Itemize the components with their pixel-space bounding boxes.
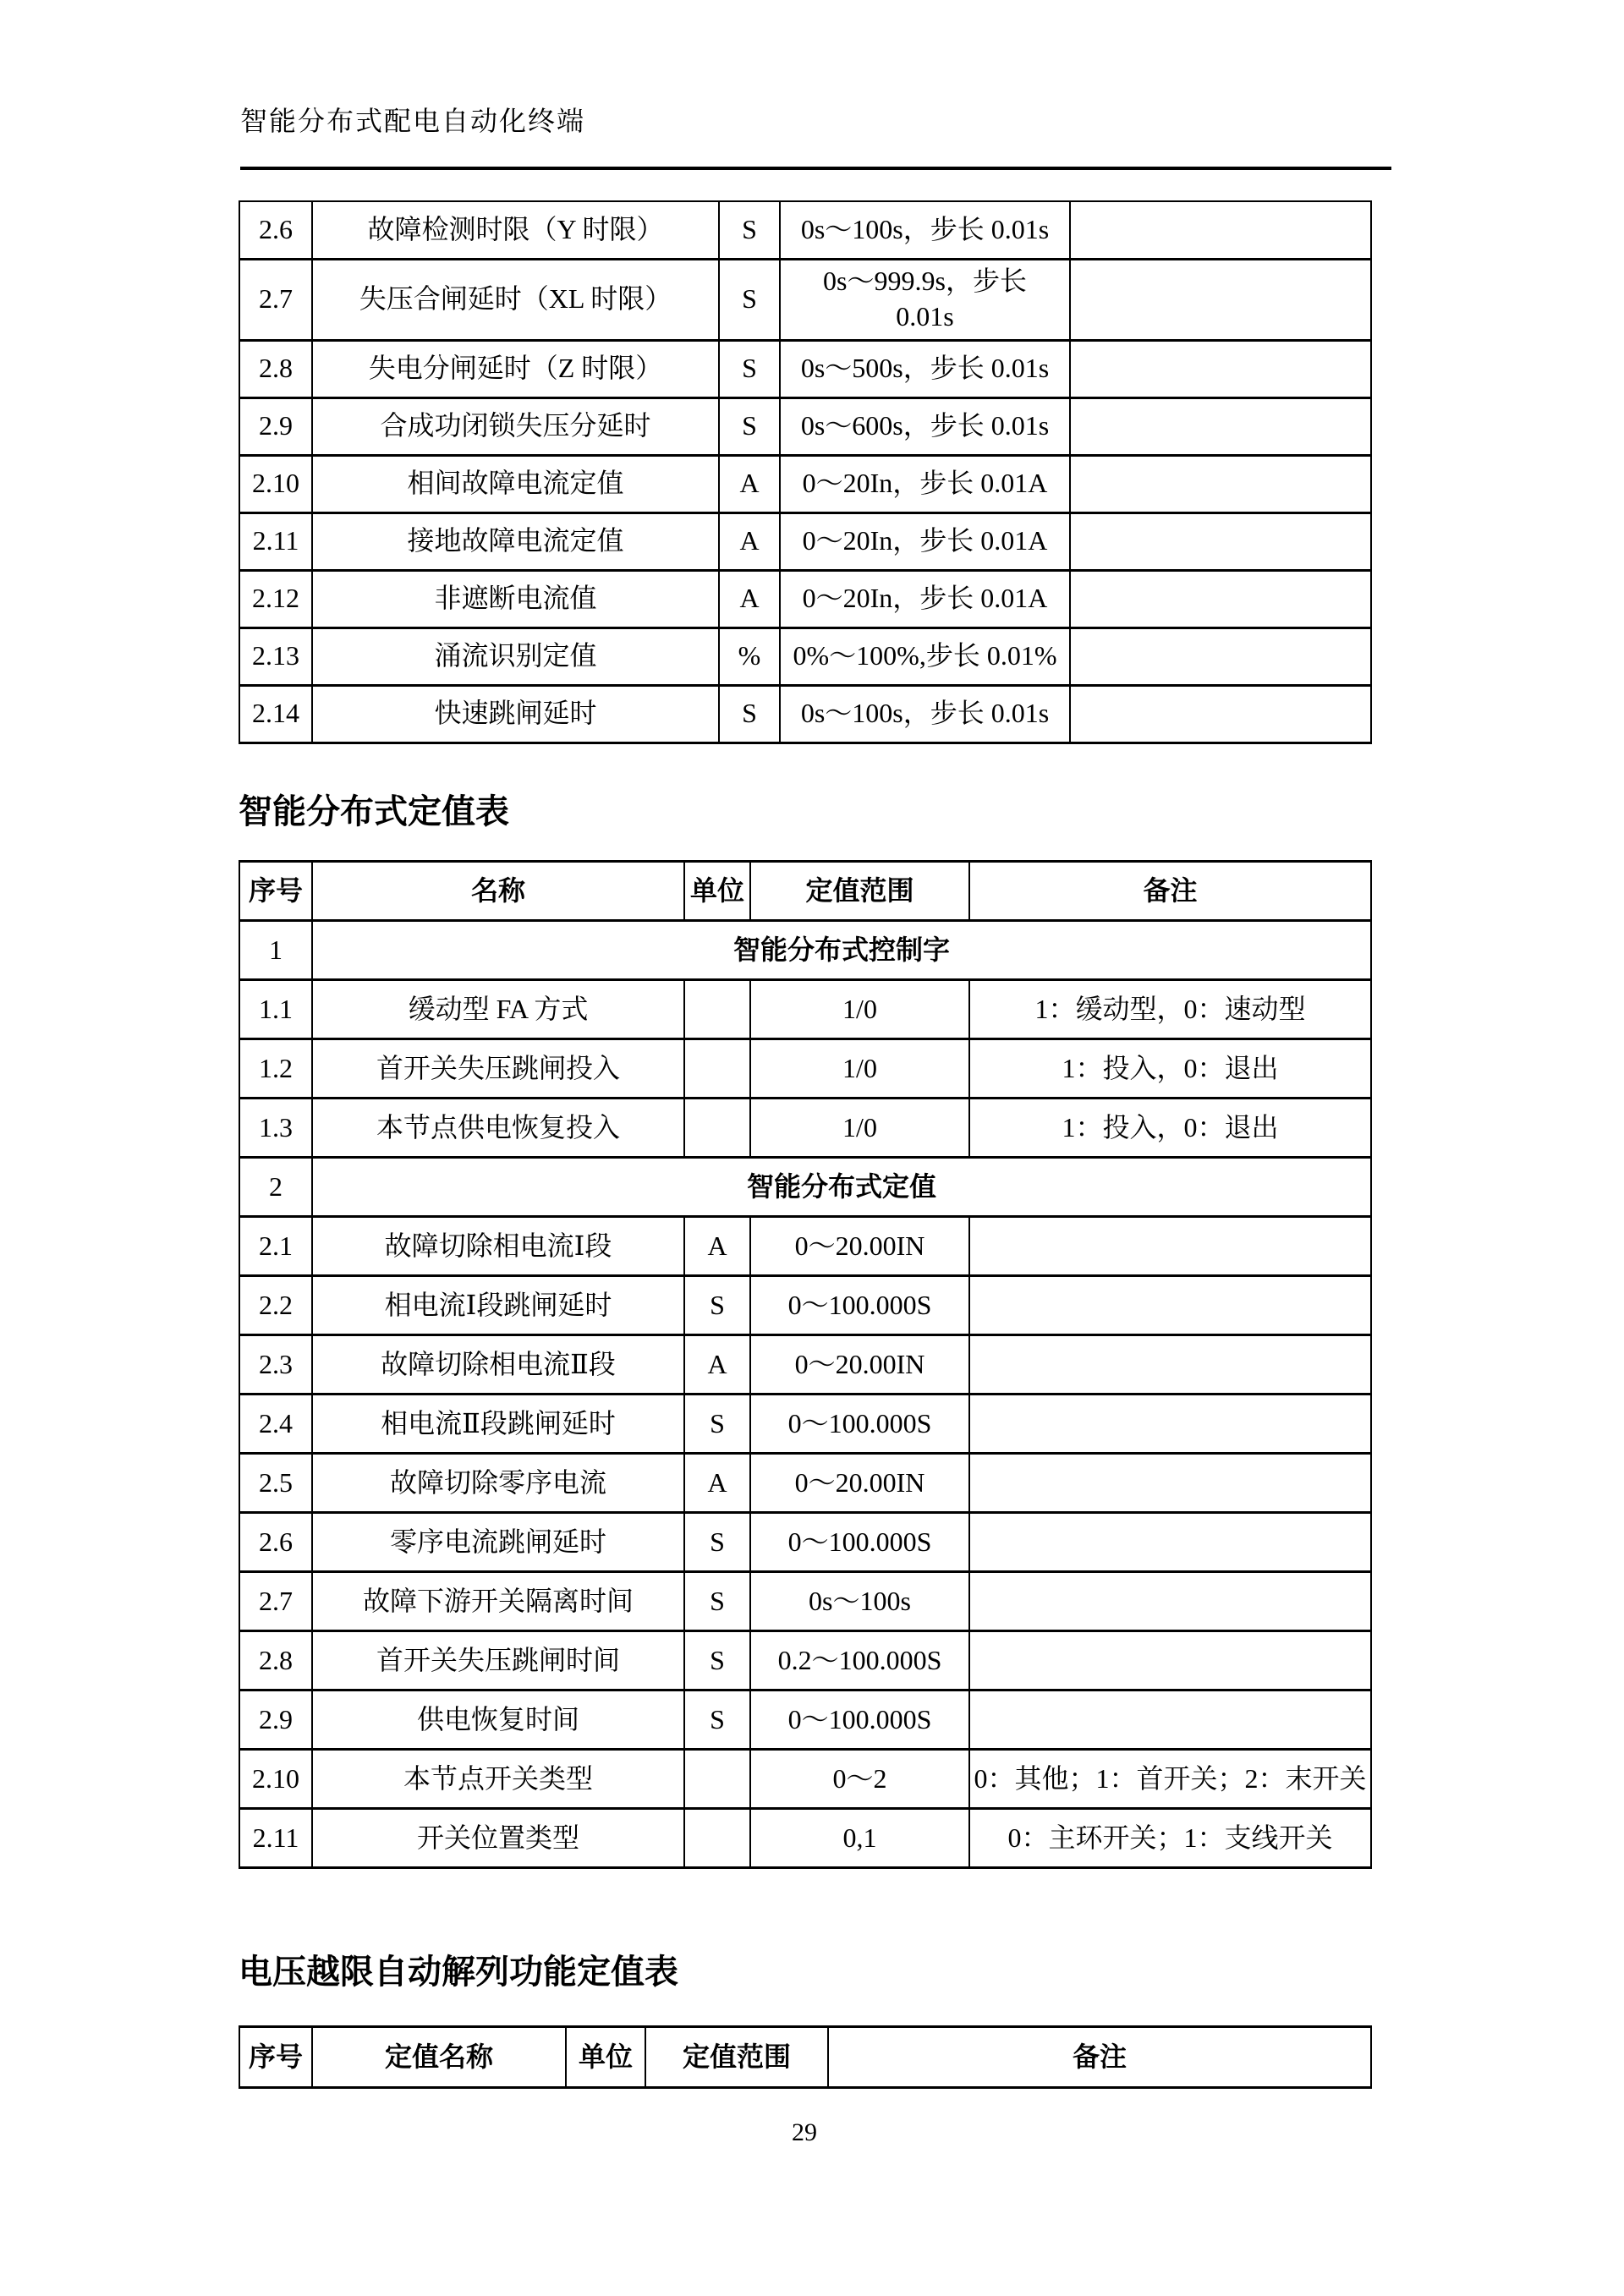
range-cell: 0～20.00IN [750,1217,969,1276]
unit-cell: A [719,455,780,512]
range-cell: 1/0 [750,980,969,1039]
name-cell: 相电流Ⅰ段跳闸延时 [312,1276,684,1335]
name-cell: 相间故障电流定值 [312,455,719,512]
row-number-cell: 2.2 [239,1276,312,1335]
name-cell: 故障切除相电流Ⅰ段 [312,1217,684,1276]
section-label-cell: 智能分布式定值 [312,1158,1371,1217]
note-cell [1070,512,1371,570]
name-cell: 故障下游开关隔离时间 [312,1572,684,1631]
column-header: 定值范围 [645,2027,828,2088]
name-cell: 失压合闸延时（XL 时限） [312,259,719,340]
note-cell [969,1572,1371,1631]
table-row: 2.11开关位置类型0,10：主环开关；1：支线开关 [239,1809,1371,1868]
note-cell [969,1217,1371,1276]
row-number-cell: 2.13 [239,627,312,685]
table-row: 1.2首开关失压跳闸投入1/01：投入，0：退出 [239,1039,1371,1099]
range-cell: 0～2 [750,1750,969,1809]
column-header: 备注 [969,862,1371,921]
table-row: 2智能分布式定值 [239,1158,1371,1217]
range-cell: 0s～100s，步长 0.01s [780,201,1070,259]
table-row: 2.6零序电流跳闸延时S0～100.000S [239,1513,1371,1572]
unit-cell: S [719,259,780,340]
note-cell [969,1395,1371,1454]
name-cell: 非遮断电流值 [312,570,719,627]
page-number: 29 [239,2118,1370,2147]
column-header: 定值名称 [312,2027,566,2088]
unit-cell [684,1809,750,1868]
name-cell: 缓动型 FA 方式 [312,980,684,1039]
table-row: 2.10本节点开关类型0～20：其他；1：首开关；2：末开关 [239,1750,1371,1809]
unit-cell: S [719,685,780,743]
note-cell [969,1690,1371,1750]
note-cell [1070,397,1371,455]
column-header: 单位 [684,862,750,921]
range-cell: 0～100.000S [750,1395,969,1454]
range-cell: 0.2～100.000S [750,1631,969,1690]
range-cell: 0～20.00IN [750,1454,969,1513]
unit-cell [684,980,750,1039]
unit-cell: S [719,201,780,259]
table-row: 2.2相电流Ⅰ段跳闸延时S0～100.000S [239,1276,1371,1335]
name-cell: 首开关失压跳闸投入 [312,1039,684,1099]
row-number-cell: 2.9 [239,1690,312,1750]
unit-cell [684,1099,750,1158]
table-row: 1.1缓动型 FA 方式1/01：缓动型，0：速动型 [239,980,1371,1039]
table-row: 2.13涌流识别定值%0%～100%,步长 0.01% [239,627,1371,685]
note-cell: 0：主环开关；1：支线开关 [969,1809,1371,1868]
row-number-cell: 2.10 [239,1750,312,1809]
unit-cell: S [684,1513,750,1572]
row-number-cell: 2.4 [239,1395,312,1454]
name-cell: 首开关失压跳闸时间 [312,1631,684,1690]
note-cell [1070,627,1371,685]
note-cell [1070,201,1371,259]
range-cell: 0～20In，步长 0.01A [780,455,1070,512]
row-number-cell: 2.12 [239,570,312,627]
note-cell: 1：缓动型，0：速动型 [969,980,1371,1039]
table-row: 2.9合成功闭锁失压分延时S0s～600s，步长 0.01s [239,397,1371,455]
table-row: 2.5故障切除零序电流A0～20.00IN [239,1454,1371,1513]
note-cell: 1：投入，0：退出 [969,1099,1371,1158]
note-cell [969,1513,1371,1572]
column-header: 序号 [239,2027,312,2088]
name-cell: 供电恢复时间 [312,1690,684,1750]
name-cell: 故障切除零序电流 [312,1454,684,1513]
unit-cell: S [684,1395,750,1454]
range-cell: 0～100.000S [750,1513,969,1572]
row-number-cell: 1.1 [239,980,312,1039]
note-cell [1070,259,1371,340]
row-number-cell: 2.14 [239,685,312,743]
row-number-cell: 2.7 [239,1572,312,1631]
unit-cell: S [684,1572,750,1631]
row-number-cell: 2.3 [239,1335,312,1395]
range-cell: 1/0 [750,1039,969,1099]
name-cell: 合成功闭锁失压分延时 [312,397,719,455]
row-number-cell: 1 [239,921,312,980]
range-cell: 0～20In，步长 0.01A [780,512,1070,570]
unit-cell: A [719,570,780,627]
table-row: 2.8失电分闸延时（Z 时限）S0s～500s，步长 0.01s [239,340,1371,397]
settings-table-continuation-body: 2.6故障检测时限（Y 时限）S0s～100s，步长 0.01s2.7失压合闸延… [239,201,1371,743]
note-cell: 0：其他；1：首开关；2：末开关 [969,1750,1371,1809]
note-cell [1070,570,1371,627]
settings-table-continuation: 2.6故障检测时限（Y 时限）S0s～100s，步长 0.01s2.7失压合闸延… [239,200,1372,744]
section-heading-voltage-limit: 电压越限自动解列功能定值表 [239,1945,678,1993]
range-cell: 0s～999.9s，步长 0.01s [780,259,1070,340]
unit-cell: A [684,1217,750,1276]
range-cell: 0～20In，步长 0.01A [780,570,1070,627]
distributed-settings-table: 序号名称单位定值范围备注 1智能分布式控制字1.1缓动型 FA 方式1/01：缓… [239,860,1372,1869]
name-cell: 相电流Ⅱ段跳闸延时 [312,1395,684,1454]
unit-cell: A [684,1454,750,1513]
name-cell: 故障切除相电流Ⅱ段 [312,1335,684,1395]
note-cell [1070,685,1371,743]
table-header-row: 序号名称单位定值范围备注 [239,862,1371,921]
name-cell: 本节点开关类型 [312,1750,684,1809]
range-cell: 0s～600s，步长 0.01s [780,397,1070,455]
name-cell: 失电分闸延时（Z 时限） [312,340,719,397]
note-cell [1070,340,1371,397]
unit-cell: A [719,512,780,570]
name-cell: 快速跳闸延时 [312,685,719,743]
table-row: 2.6故障检测时限（Y 时限）S0s～100s，步长 0.01s [239,201,1371,259]
table-row: 2.11接地故障电流定值A0～20In，步长 0.01A [239,512,1371,570]
table-row: 2.7故障下游开关隔离时间S0s～100s [239,1572,1371,1631]
row-number-cell: 2.9 [239,397,312,455]
range-cell: 0～20.00IN [750,1335,969,1395]
note-cell [969,1454,1371,1513]
table-row: 2.4相电流Ⅱ段跳闸延时S0～100.000S [239,1395,1371,1454]
row-number-cell: 1.2 [239,1039,312,1099]
range-cell: 0～100.000S [750,1690,969,1750]
page-header-title: 智能分布式配电自动化终端 [240,106,585,136]
column-header: 序号 [239,862,312,921]
header-rule [240,167,1391,170]
row-number-cell: 2.11 [239,1809,312,1868]
table-row: 2.3故障切除相电流Ⅱ段A0～20.00IN [239,1335,1371,1395]
unit-cell: S [684,1631,750,1690]
table-row: 2.12非遮断电流值A0～20In，步长 0.01A [239,570,1371,627]
unit-cell [684,1750,750,1809]
unit-cell: S [719,397,780,455]
name-cell: 开关位置类型 [312,1809,684,1868]
name-cell: 零序电流跳闸延时 [312,1513,684,1572]
distributed-settings-table-head: 序号名称单位定值范围备注 [239,862,1371,921]
column-header: 单位 [566,2027,645,2088]
column-header: 备注 [828,2027,1371,2088]
column-header: 名称 [312,862,684,921]
row-number-cell: 2.10 [239,455,312,512]
table-row: 2.14快速跳闸延时S0s～100s，步长 0.01s [239,685,1371,743]
voltage-limit-settings-table: 序号定值名称单位定值范围备注 [239,2025,1372,2089]
note-cell [969,1335,1371,1395]
row-number-cell: 2.8 [239,1631,312,1690]
table-header-row: 序号定值名称单位定值范围备注 [239,2027,1371,2088]
name-cell: 涌流识别定值 [312,627,719,685]
range-cell: 0s～100s，步长 0.01s [780,685,1070,743]
row-number-cell: 2 [239,1158,312,1217]
note-cell [969,1631,1371,1690]
name-cell: 本节点供电恢复投入 [312,1099,684,1158]
note-cell [1070,455,1371,512]
unit-cell: A [684,1335,750,1395]
range-cell: 0～100.000S [750,1276,969,1335]
table-row: 2.10相间故障电流定值A0～20In，步长 0.01A [239,455,1371,512]
voltage-limit-settings-table-head: 序号定值名称单位定值范围备注 [239,2027,1371,2088]
table-row: 2.7失压合闸延时（XL 时限）S0s～999.9s，步长 0.01s [239,259,1371,340]
range-cell: 0%～100%,步长 0.01% [780,627,1070,685]
row-number-cell: 1.3 [239,1099,312,1158]
row-number-cell: 2.7 [239,259,312,340]
table-row: 2.8首开关失压跳闸时间S0.2～100.000S [239,1631,1371,1690]
unit-cell: S [719,340,780,397]
unit-cell: % [719,627,780,685]
unit-cell [684,1039,750,1099]
range-cell: 0,1 [750,1809,969,1868]
table-row: 2.1故障切除相电流Ⅰ段A0～20.00IN [239,1217,1371,1276]
section-heading-distributed-settings: 智能分布式定值表 [239,785,509,833]
name-cell: 故障检测时限（Y 时限） [312,201,719,259]
table-row: 1智能分布式控制字 [239,921,1371,980]
row-number-cell: 2.5 [239,1454,312,1513]
note-cell: 1：投入，0：退出 [969,1039,1371,1099]
page-header: 智能分布式配电自动化终端 [240,100,585,139]
unit-cell: S [684,1690,750,1750]
row-number-cell: 2.6 [239,1513,312,1572]
document-page: 智能分布式配电自动化终端 2.6故障检测时限（Y 时限）S0s～100s，步长 … [0,0,1624,2296]
row-number-cell: 2.6 [239,201,312,259]
row-number-cell: 2.11 [239,512,312,570]
row-number-cell: 2.8 [239,340,312,397]
range-cell: 1/0 [750,1099,969,1158]
column-header: 定值范围 [750,862,969,921]
name-cell: 接地故障电流定值 [312,512,719,570]
range-cell: 0s～100s [750,1572,969,1631]
range-cell: 0s～500s，步长 0.01s [780,340,1070,397]
distributed-settings-table-body: 1智能分布式控制字1.1缓动型 FA 方式1/01：缓动型，0：速动型1.2首开… [239,921,1371,1868]
unit-cell: S [684,1276,750,1335]
table-row: 1.3本节点供电恢复投入1/01：投入，0：退出 [239,1099,1371,1158]
section-label-cell: 智能分布式控制字 [312,921,1371,980]
row-number-cell: 2.1 [239,1217,312,1276]
note-cell [969,1276,1371,1335]
table-row: 2.9供电恢复时间S0～100.000S [239,1690,1371,1750]
